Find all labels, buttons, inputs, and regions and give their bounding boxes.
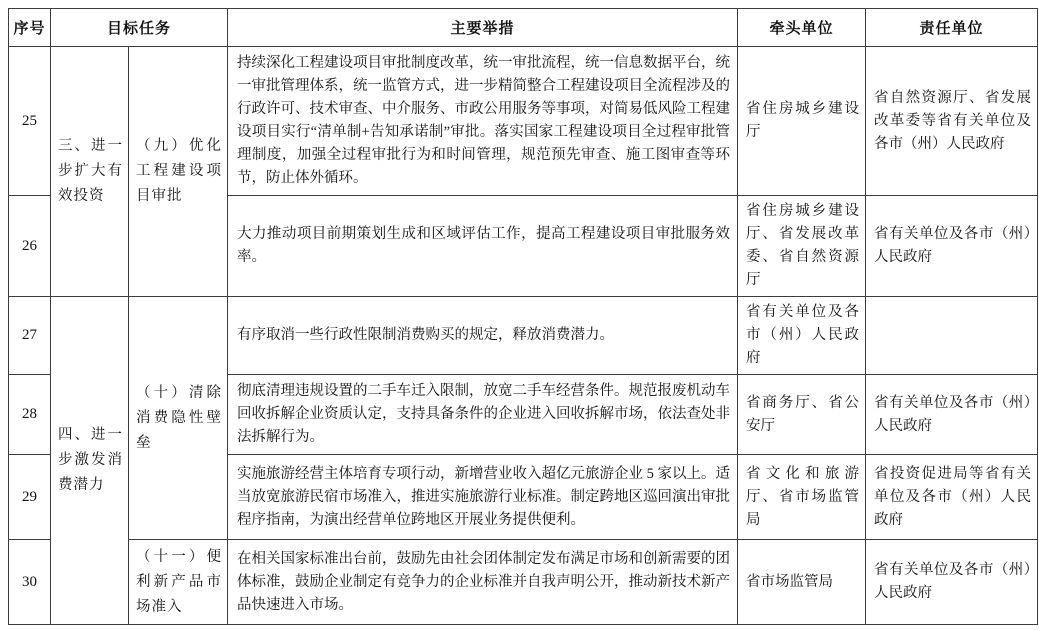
cell-lead-unit: 省文化和旅游厅、省市场监管局 <box>738 455 866 540</box>
table-row-25: 25 三、进一步扩大有效投资 （九）优化工程建设项目审批 持续深化工程建设项目审… <box>9 47 1038 196</box>
table-row-27: 27 四、进一步激发消费潜力 （十）清除消费隐性壁垒 有序取消一些行政性限制消费… <box>9 297 1038 375</box>
header-task: 目标任务 <box>51 9 228 47</box>
cell-resp-unit: 省自然资源厅、省发展改革委等省有关单位及各市（州）人民政府 <box>866 47 1038 196</box>
cell-no: 28 <box>9 375 51 455</box>
cell-no: 30 <box>9 540 51 625</box>
header-no: 序号 <box>9 9 51 47</box>
header-row: 序号 目标任务 主要举措 牵头单位 责任单位 <box>9 9 1038 47</box>
header-measures: 主要举措 <box>228 9 738 47</box>
cell-no: 26 <box>9 196 51 297</box>
cell-measures: 持续深化工程建设项目审批制度改革，统一审批流程，统一信息数据平台，统一审批管理体… <box>228 47 738 196</box>
document-page: 序号 目标任务 主要举措 牵头单位 责任单位 25 三、进一步扩大有效投资 （九… <box>0 0 1039 630</box>
cell-measures: 大力推动项目前期策划生成和区域评估工作，提高工程建设项目审批服务效率。 <box>228 196 738 297</box>
cell-resp-unit: 省有关单位及各市（州）人民政府 <box>866 540 1038 625</box>
cell-resp-unit: 省投资促进局等省有关单位及各市（州）人民政府 <box>866 455 1038 540</box>
cell-resp-unit <box>866 297 1038 375</box>
cell-lead-unit: 省住房城乡建设厅 <box>738 47 866 196</box>
cell-measures: 有序取消一些行政性限制消费购买的规定，释放消费潜力。 <box>228 297 738 375</box>
cell-no: 29 <box>9 455 51 540</box>
table-row-30: 30 （十一）便利新产品市场准入 在相关国家标准出台前，鼓励先由社会团体制定发布… <box>9 540 1038 625</box>
header-lead: 牵头单位 <box>738 9 866 47</box>
cell-lead-unit: 省住房城乡建设厅、省发展改革委、省自然资源厅 <box>738 196 866 297</box>
cell-measures: 实施旅游经营主体培育专项行动，新增营业收入超亿元旅游企业 5 家以上。适当放宽旅… <box>228 455 738 540</box>
cell-lead-unit: 省商务厅、省公安厅 <box>738 375 866 455</box>
cell-task-group-3: 三、进一步扩大有效投资 <box>51 47 129 297</box>
cell-lead-unit: 省有关单位及各市（州）人民政府 <box>738 297 866 375</box>
task-table: 序号 目标任务 主要举措 牵头单位 责任单位 25 三、进一步扩大有效投资 （九… <box>8 8 1038 625</box>
cell-lead-unit: 省市场监管局 <box>738 540 866 625</box>
cell-no: 27 <box>9 297 51 375</box>
cell-task-item-10: （十）清除消费隐性壁垒 <box>129 297 228 540</box>
cell-task-item-9: （九）优化工程建设项目审批 <box>129 47 228 297</box>
cell-task-group-4: 四、进一步激发消费潜力 <box>51 297 129 625</box>
cell-measures: 彻底清理违规设置的二手车迁入限制，放宽二手车经营条件。规范报废机动车回收拆解企业… <box>228 375 738 455</box>
cell-resp-unit: 省有关单位及各市（州）人民政府 <box>866 375 1038 455</box>
cell-resp-unit: 省有关单位及各市（州）人民政府 <box>866 196 1038 297</box>
header-resp: 责任单位 <box>866 9 1038 47</box>
cell-measures: 在相关国家标准出台前，鼓励先由社会团体制定发布满足市场和创新需要的团体标准，鼓励… <box>228 540 738 625</box>
cell-no: 25 <box>9 47 51 196</box>
cell-task-item-11: （十一）便利新产品市场准入 <box>129 540 228 625</box>
